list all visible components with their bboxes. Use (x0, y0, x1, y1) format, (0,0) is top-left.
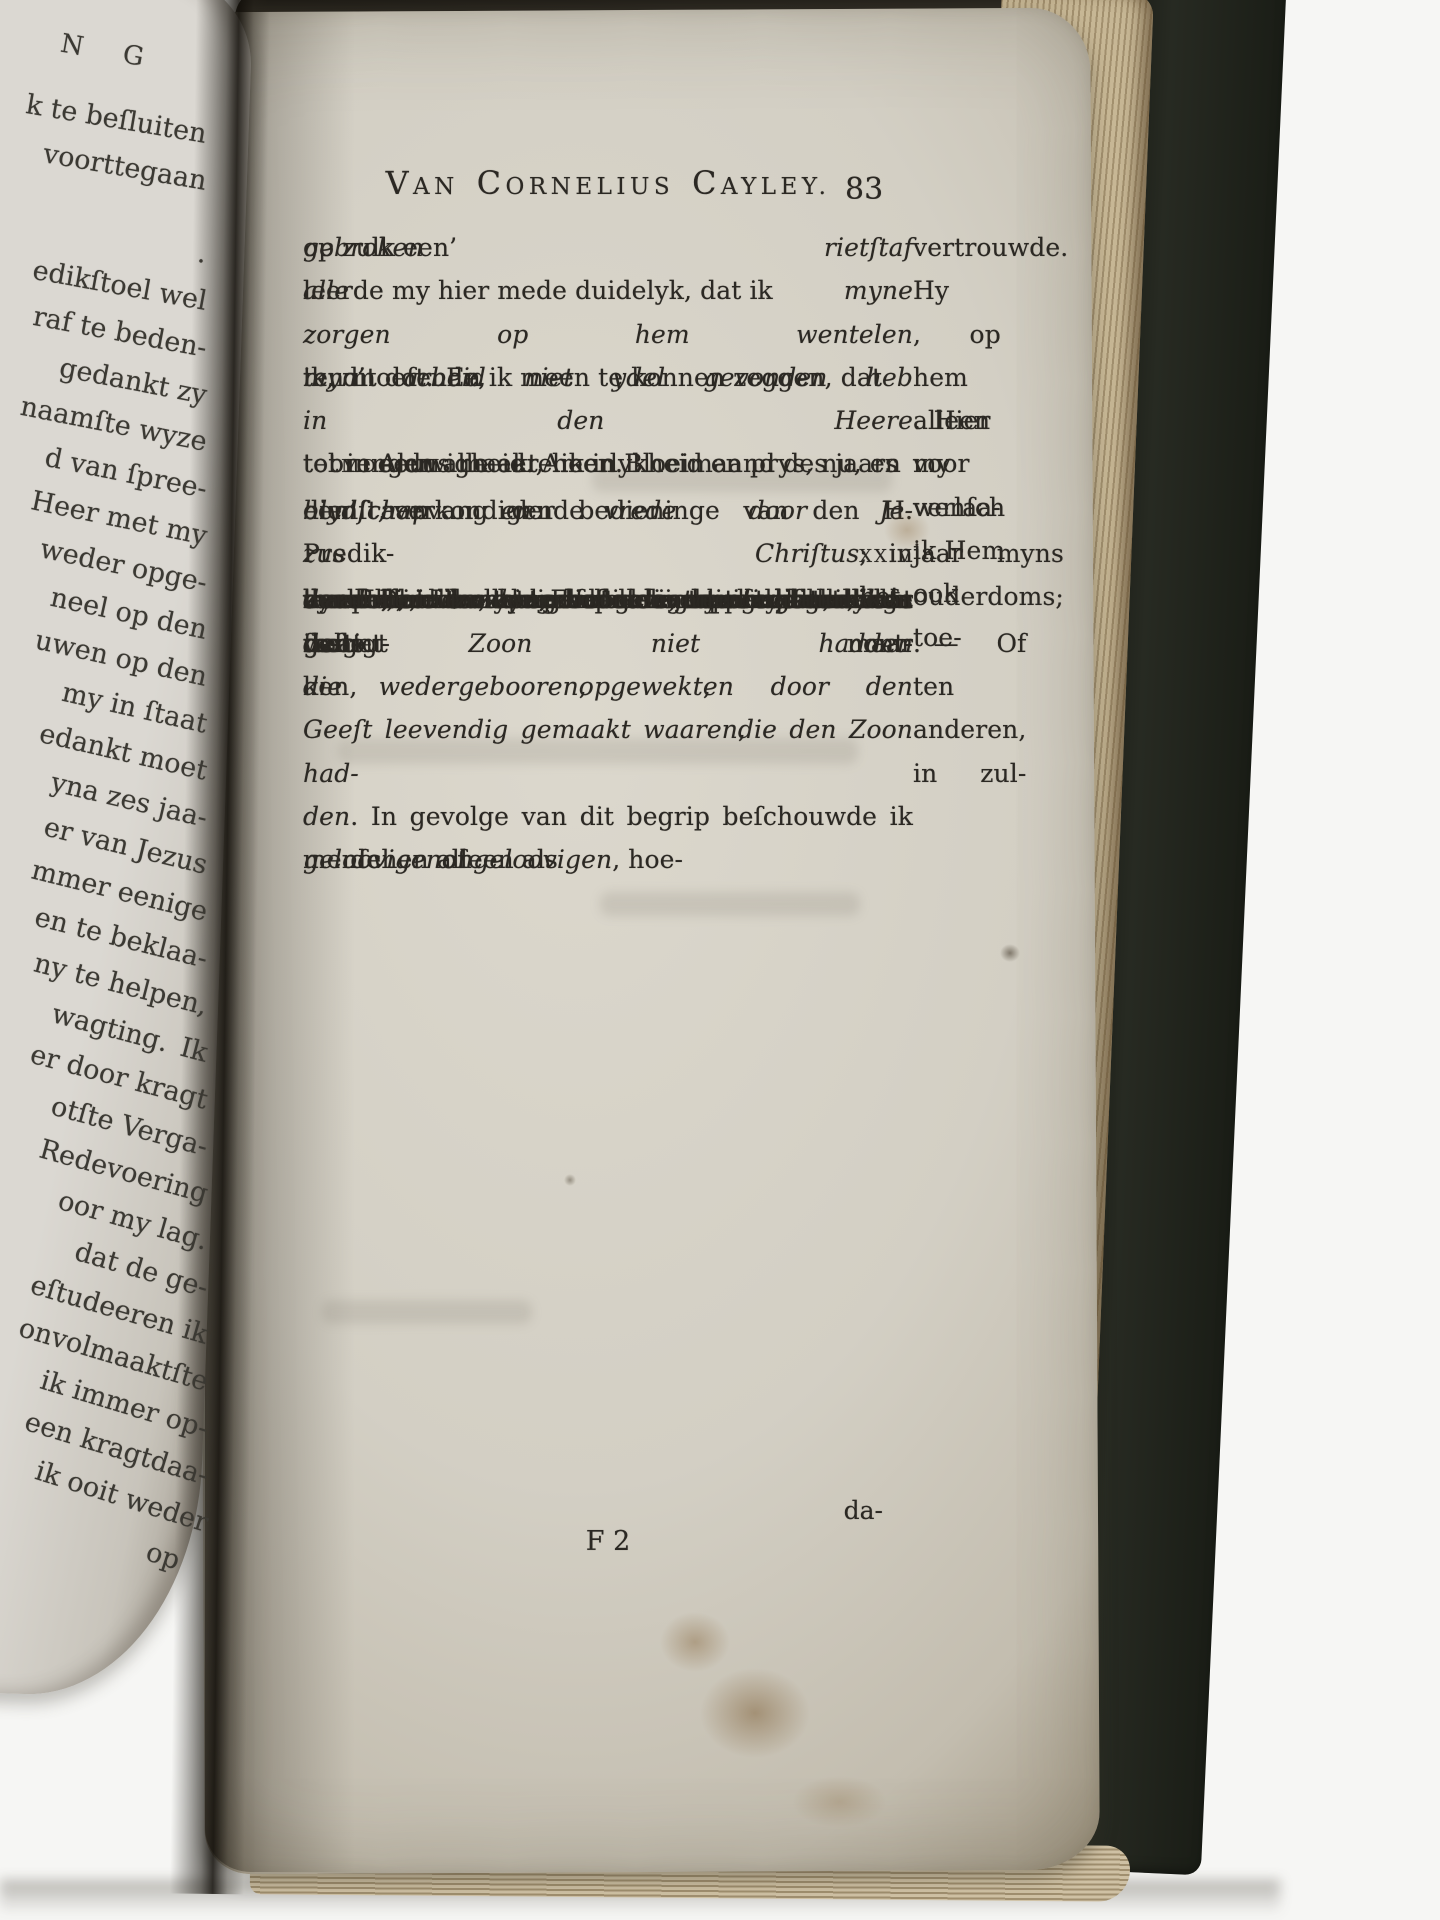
running-header-title: VANCORNELIUSCAYLEY. (303, 166, 913, 202)
page-number: 83 (845, 172, 883, 207)
page-body-text: op zulk een’ gebroken rietſtaf vertrouwd… (303, 226, 913, 881)
open-book-photo: VANCORNELIUSCAYLEY. 83 op zulk een’ gebr… (0, 0, 1440, 1920)
catchword: da- (844, 1496, 883, 1525)
gathering-signature-mark: F 2 (303, 1526, 913, 1557)
signature-row: F 2 da- (303, 1526, 913, 1572)
left-page-text-fragments: N Gk te beſluitenvoorttegaan.edikſtoel w… (0, 54, 205, 1602)
